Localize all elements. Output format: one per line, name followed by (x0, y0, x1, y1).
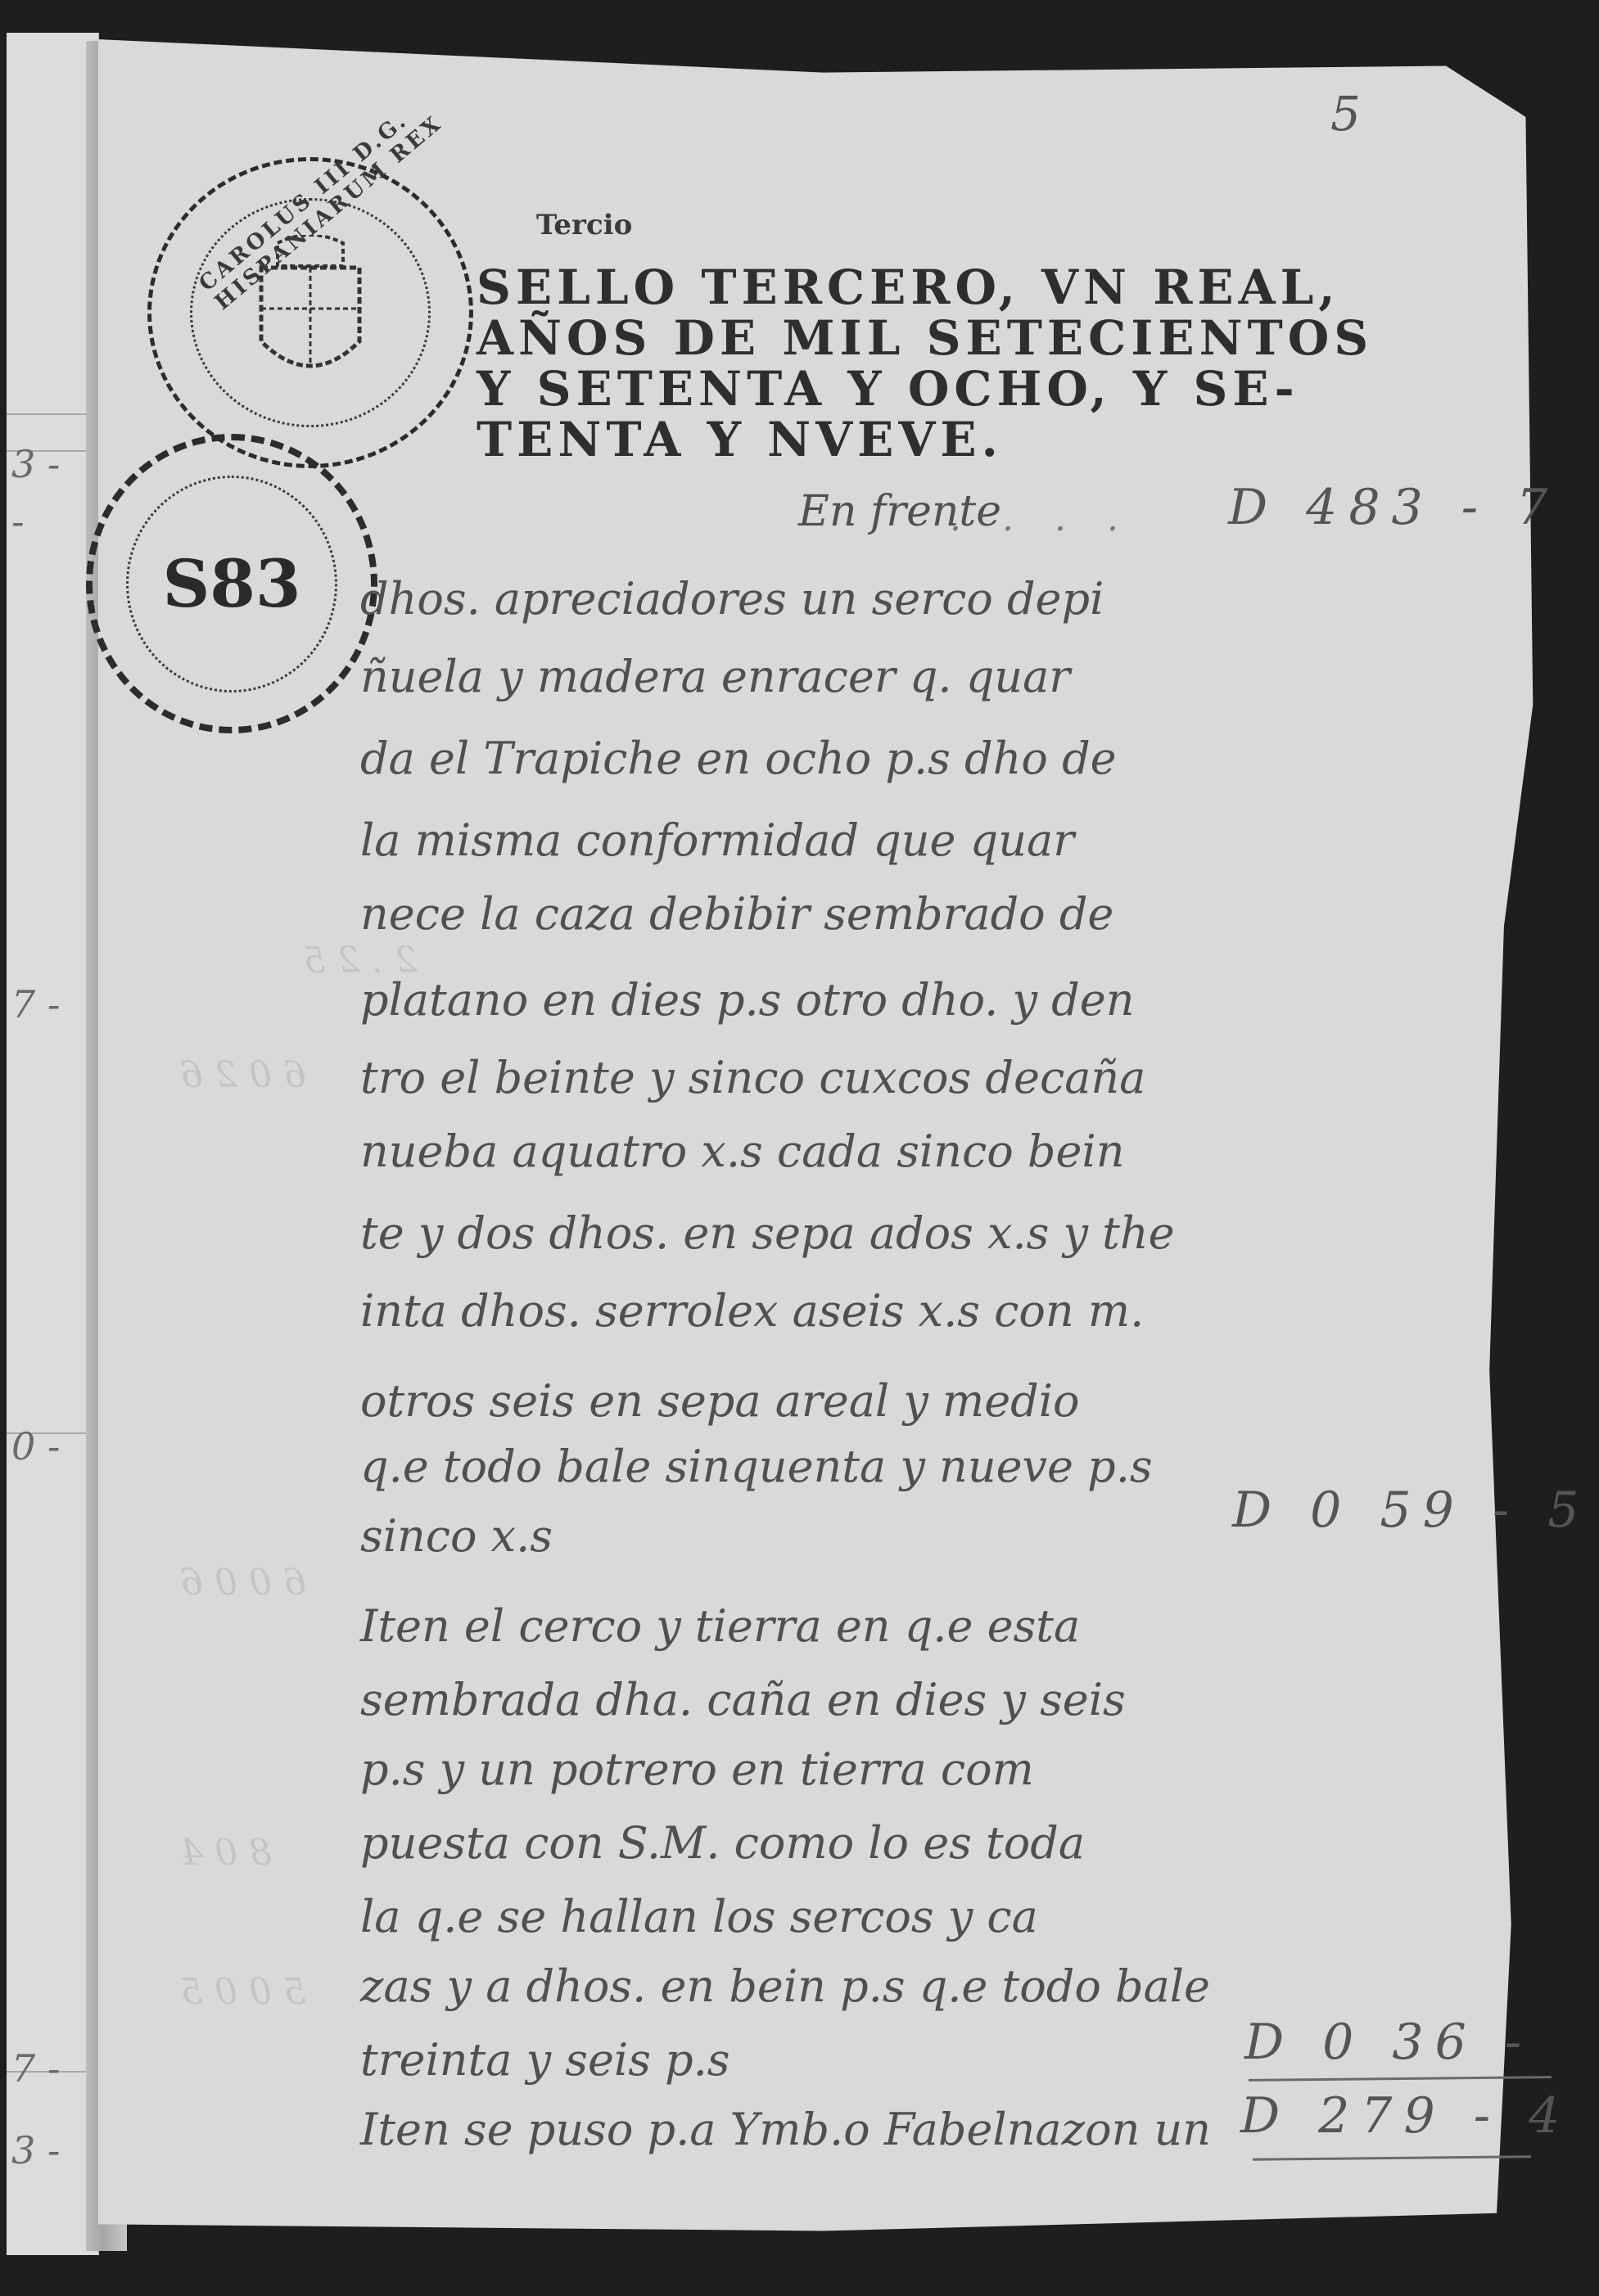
body-line: la misma conformidad que quar (360, 814, 1074, 866)
counter-seal-stamp: S83 (86, 434, 377, 733)
body-line: nece la caza debibir sembrado de (360, 888, 1113, 940)
seal-line: AÑOS DE MIL SETECIENTOS (477, 313, 1373, 363)
body-line: Iten el cerco y tierra en q.e esta (360, 1600, 1080, 1652)
bleed-through-figure: 5 0 0 5 (180, 1971, 306, 2013)
seal-line: SELLO TERCERO, VN REAL, (477, 262, 1373, 313)
body-line: sinco x.s (360, 1510, 553, 1562)
left-margin-figure: 3 - (11, 2128, 60, 2172)
body-line: dhos. apreciadores un serco depi (360, 573, 1104, 625)
bleed-through-figure: 6 0 2 6 (180, 1054, 306, 1096)
stamp-header-mark: Tercio (536, 209, 632, 241)
body-line: sembrada dha. caña en dies y seis (360, 1674, 1126, 1725)
body-line: ñuela y madera enracer q. quar (360, 651, 1070, 702)
body-line: zas y a dhos. en bein p.s q.e todo bale (360, 1960, 1210, 2012)
bleed-through-figure: 8 0 4 (180, 1832, 272, 1874)
body-line: inta dhos. serrolex aseis x.s con m. (360, 1285, 1144, 1337)
body-line: platano en dies p.s otro dho. y den (360, 974, 1134, 1026)
carry-forward-amount: D 483 - 7 (1228, 479, 1559, 536)
bleed-through-figure: 6 0 0 6 (180, 1562, 306, 1604)
body-line: p.s y un potrero en tierra com (360, 1743, 1034, 1795)
body-line: q.e todo bale sinquenta y nueve p.s (360, 1441, 1153, 1492)
body-line: otros seis en sepa areal y medio (360, 1375, 1080, 1427)
left-margin-figure: 7 - (11, 982, 60, 1026)
body-line: da el Trapiche en ocho p.s dho de (360, 733, 1117, 784)
left-margin-figure: 3 - (11, 442, 60, 486)
folio-number: 5 (1330, 86, 1361, 142)
body-line: treinta y seis p.s (360, 2034, 730, 2086)
body-line: Iten se puso p.a Ymb.o Fabelnazon un (360, 2104, 1211, 2155)
left-margin-figure: - (11, 499, 25, 544)
left-margin-figure: 7 - (11, 2046, 60, 2091)
body-line: la q.e se hallan los sercos y ca (360, 1891, 1038, 1942)
margin-amount: D 0 59 - 5 (1232, 1482, 1590, 1539)
stamped-paper-legend: SELLO TERCERO, VN REAL, AÑOS DE MIL SETE… (477, 262, 1373, 465)
royal-seal-stamp: CAROLUS III D.G. HISPANIARUM REX (147, 157, 473, 468)
margin-amount: D 0 36 - (1244, 2014, 1533, 2071)
body-line: tro el beinte y sinco cuxcos decaña (360, 1052, 1145, 1103)
total-amount: D 279 - 4 (1240, 2087, 1571, 2145)
seal-line: TENTA Y NVEVE. (477, 414, 1373, 465)
leader-dots: . . . . (950, 498, 1133, 539)
left-margin-figure: 0 - (11, 1424, 60, 1468)
body-line: te y dos dhos. en sepa ados x.s y the (360, 1207, 1175, 1259)
seal-line: Y SETENTA Y OCHO, Y SE- (477, 363, 1373, 414)
body-line: nueba aquatro x.s cada sinco bein (360, 1125, 1124, 1177)
ledger-rule (7, 413, 98, 415)
body-line: puesta con S.M. como lo es toda (360, 1817, 1085, 1869)
counter-seal-center: S83 (126, 476, 337, 692)
